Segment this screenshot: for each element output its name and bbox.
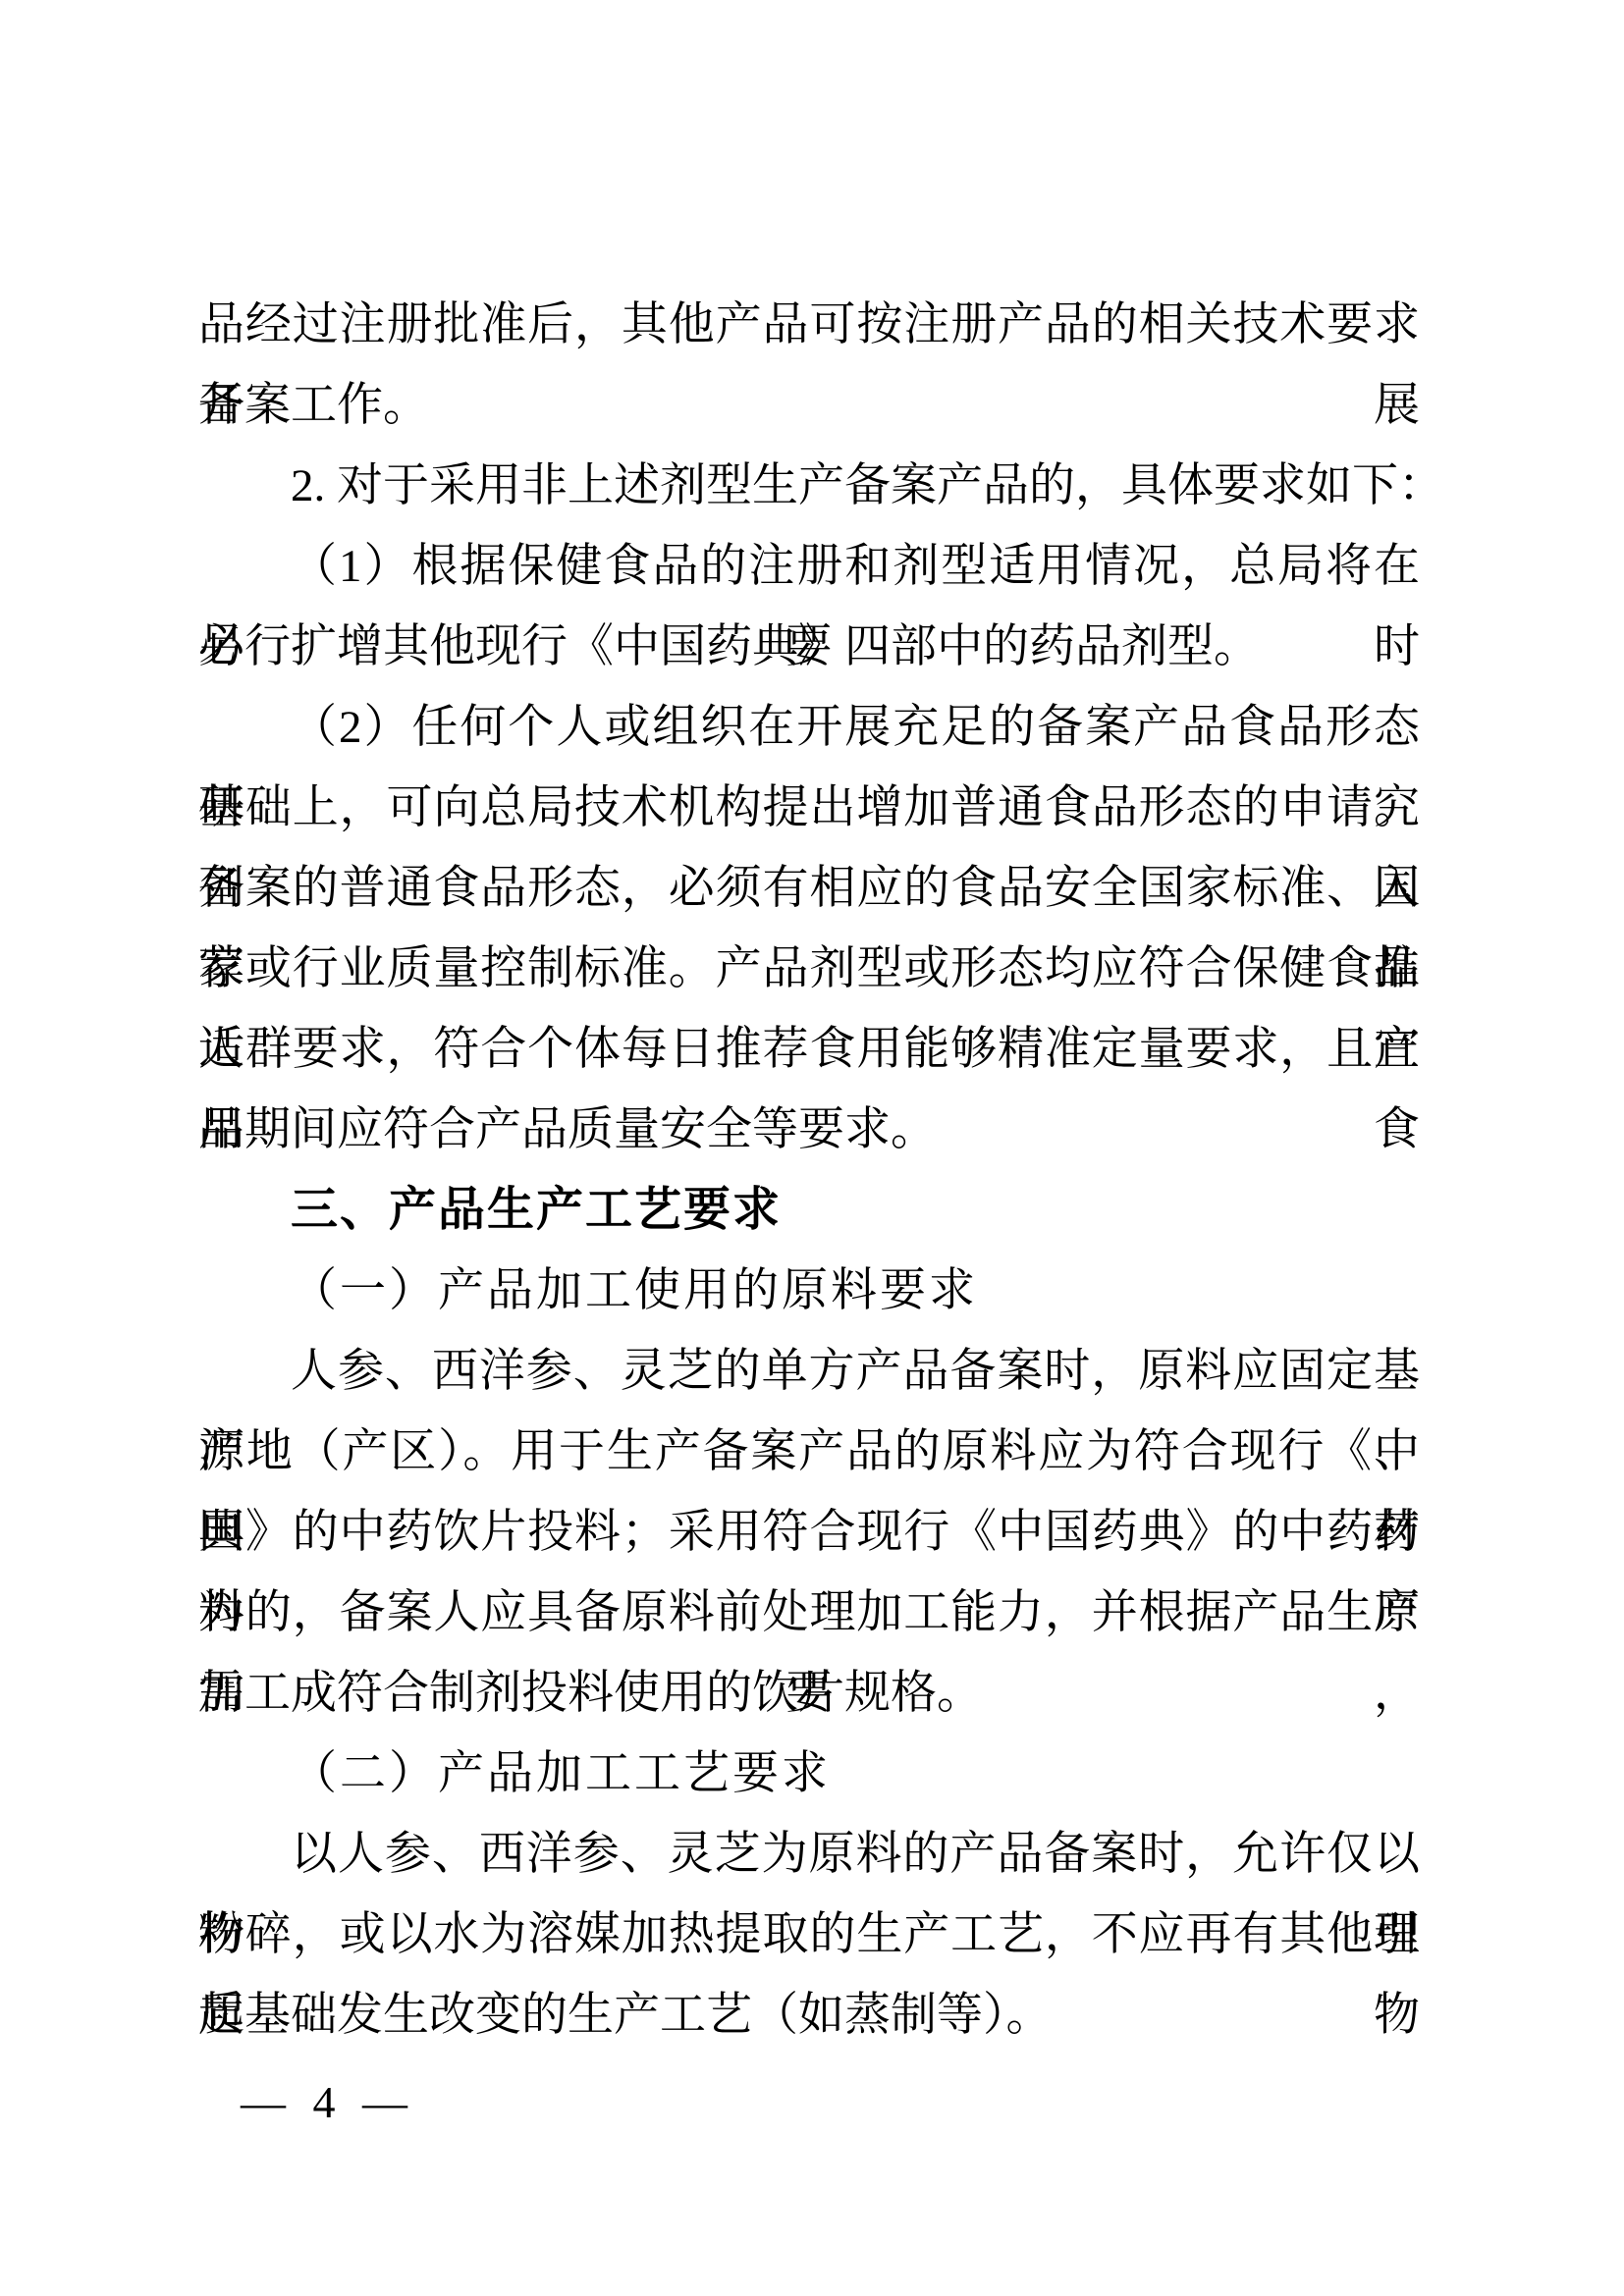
page-number: — 4 — <box>241 2073 407 2132</box>
text-line: 粉碎，或以水为溶媒加热提取的生产工艺，不应再有其他引起物 <box>198 1895 1420 1975</box>
text-line: 另行扩增其他现行《中国药典》四部中的药品剂型。 <box>198 607 1420 687</box>
document-page: 品经过注册批准后，其他产品可按注册产品的相关技术要求开展 备案工作。 2. 对于… <box>0 0 1624 2296</box>
section-heading: 三、产品生产工艺要求 <box>198 1170 1420 1251</box>
subsection-heading: （二）产品加工工艺要求 <box>198 1734 1420 1814</box>
text-line: （2）任何个人或组织在开展充足的备案产品食品形态研究 <box>198 687 1420 768</box>
text-line: 产地（产区）。用于生产备案产品的原料应为符合现行《中国药 <box>198 1412 1420 1492</box>
text-line: 料的，备案人应具备原料前处理加工能力，并根据产品生产需要， <box>198 1573 1420 1653</box>
text-line: 基础上，可向总局技术机构提出增加普通食品形态的申请。列入 <box>198 768 1420 848</box>
text-line: 品经过注册批准后，其他产品可按注册产品的相关技术要求开展 <box>198 285 1420 365</box>
text-line: （1）根据保健食品的注册和剂型适用情况，总局将在必要时 <box>198 526 1420 607</box>
subsection-heading: （一）产品加工使用的原料要求 <box>198 1251 1420 1331</box>
text-line: 备案的普通食品形态，必须有相应的食品安全国家标准、国家推 <box>198 848 1420 929</box>
text-line: 人参、西洋参、灵芝的单方产品备案时，原料应固定基源、 <box>198 1331 1420 1412</box>
text-line: 荐或行业质量控制标准。产品剂型或形态均应符合保健食品适宜 <box>198 929 1420 1009</box>
text-line: 人群要求，符合个体每日推荐食用能够精准定量要求，且产品食 <box>198 1009 1420 1090</box>
text-line: 以人参、西洋参、灵芝为原料的产品备案时，允许仅以物理 <box>198 1814 1420 1895</box>
text-line: 2. 对于采用非上述剂型生产备案产品的，具体要求如下： <box>198 446 1420 526</box>
text-line: 典》的中药饮片投料；采用符合现行《中国药典》的中药材为原 <box>198 1492 1420 1573</box>
document-body: 品经过注册批准后，其他产品可按注册产品的相关技术要求开展 备案工作。 2. 对于… <box>198 285 1420 2056</box>
